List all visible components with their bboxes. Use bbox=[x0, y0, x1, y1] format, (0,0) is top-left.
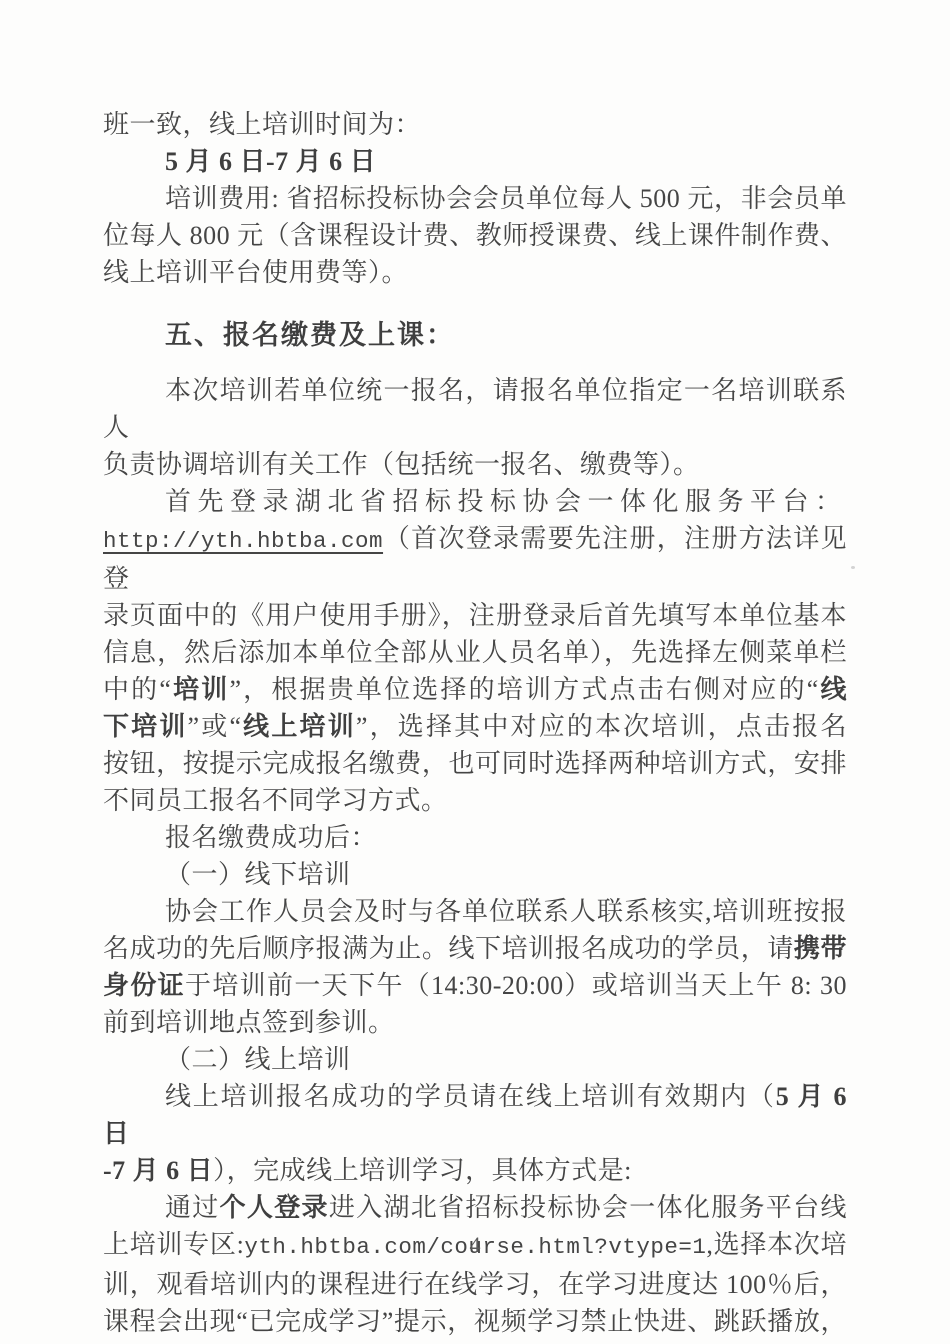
text-run: 训，观看培训内的课程进行在线学习，在学习进度达 100％后， bbox=[103, 1270, 847, 1299]
text-run: 通过 bbox=[165, 1193, 220, 1222]
section-heading: 五、报名缴费及上课： bbox=[103, 317, 847, 354]
text-line: 协会工作人员会及时与各单位联系人联系核实,培训班按报 bbox=[103, 893, 847, 930]
text-line: 前到培训地点签到参训。 bbox=[103, 1004, 847, 1041]
text-run: 首先登录湖北省招标投标协会一体化服务平台： bbox=[165, 487, 847, 516]
document-body: 班一致，线上培训时间为：5 月 6 日-7 月 6 日培训费用: 省招标投标协会… bbox=[103, 106, 847, 1340]
text-line: 位每人 800 元（含课程设计费、教师授课费、线上课件制作费、 bbox=[103, 217, 847, 254]
text-line: 名成功的先后顺序报满为止。线下培训报名成功的学员，请携带 bbox=[103, 930, 847, 967]
text-run: （一）线下培训 bbox=[165, 860, 351, 889]
text-line: 录页面中的《用户使用手册》，注册登录后首先填写本单位基本 bbox=[103, 597, 847, 634]
text-run: （二）线上培训 bbox=[165, 1045, 351, 1074]
text-line: 线上培训报名成功的学员请在线上培训有效期内（5 月 6 日 bbox=[103, 1078, 847, 1152]
bold-text: 身份证 bbox=[103, 971, 185, 1000]
text-line: 首先登录湖北省招标投标协会一体化服务平台： bbox=[103, 483, 847, 520]
bold-text: -7 月 6 日 bbox=[103, 1156, 213, 1185]
text-run: 按钮，按提示完成报名缴费，也可同时选择两种培训方式，安排 bbox=[103, 749, 847, 778]
bold-text: 培训 bbox=[171, 675, 229, 704]
text-line: 训，观看培训内的课程进行在线学习，在学习进度达 100％后， bbox=[103, 1266, 847, 1303]
text-run: 线上培训平台使用费等）。 bbox=[103, 258, 408, 287]
bold-text: 个人登录 bbox=[220, 1193, 329, 1222]
text-run: 进入湖北省招标投标协会一体化服务平台线 bbox=[329, 1193, 847, 1222]
text-line: 培训费用: 省招标投标协会会员单位每人 500 元，非会员单 bbox=[103, 180, 847, 217]
text-line: （一）线下培训 bbox=[103, 856, 847, 893]
text-run: 班一致，线上培训时间为： bbox=[103, 110, 421, 139]
text-line: 报名缴费成功后： bbox=[103, 819, 847, 856]
text-run: 协会工作人员会及时与各单位联系人联系核实,培训班按报 bbox=[165, 897, 847, 926]
text-line: 课程会出现“已完成学习”提示，视频学习禁止快进、跳跃播放， bbox=[103, 1303, 847, 1340]
text-run: ），完成线上培训学习，具体方式是: bbox=[213, 1156, 632, 1185]
text-line: 中的“培训”，根据贵单位选择的培训方式点击右侧对应的“线 bbox=[103, 671, 847, 708]
text-run: 信息，然后添加本单位全部从业人员名单），先选择左侧菜单栏 bbox=[103, 638, 847, 667]
text-run: 中的“ bbox=[103, 675, 171, 704]
text-run: 名成功的先后顺序报满为止。线下培训报名成功的学员，请 bbox=[103, 934, 794, 963]
text-line: 本次培训若单位统一报名，请报名单位指定一名培训联系人 bbox=[103, 372, 847, 446]
text-line: http://yth.hbtba.com（首次登录需要先注册，注册方法详见登 bbox=[103, 520, 847, 597]
text-line: 负责协调培训有关工作（包括统一报名、缴费等）。 bbox=[103, 446, 847, 483]
text-line: （二）线上培训 bbox=[103, 1041, 847, 1078]
text-line: 不同员工报名不同学习方式。 bbox=[103, 782, 847, 819]
text-line: 班一致，线上培训时间为： bbox=[103, 106, 847, 143]
text-line: 信息，然后添加本单位全部从业人员名单），先选择左侧菜单栏 bbox=[103, 634, 847, 671]
text-line: 按钮，按提示完成报名缴费，也可同时选择两种培训方式，安排 bbox=[103, 745, 847, 782]
text-run: ”，根据贵单位选择的培训方式点击右侧对应的“ bbox=[229, 675, 818, 704]
text-line: 身份证于培训前一天下午（14:30-20:00）或培训当天上午 8: 30 bbox=[103, 967, 847, 1004]
url-text: http://yth.hbtba.com bbox=[103, 528, 383, 554]
text-run: 课程会出现“已完成学习”提示，视频学习禁止快进、跳跃播放， bbox=[103, 1307, 847, 1336]
bold-text: 五、报名缴费及上课： bbox=[165, 320, 455, 350]
bold-text: 携带 bbox=[794, 934, 847, 963]
text-run: ”或“ bbox=[188, 712, 242, 741]
text-run: ”，选择其中对应的本次培训，点击报名 bbox=[356, 712, 847, 741]
text-line: 下培训”或“线上培训”，选择其中对应的本次培训，点击报名 bbox=[103, 708, 847, 745]
bold-text: 5 月 6 日-7 月 6 日 bbox=[165, 147, 376, 176]
text-run: 位每人 800 元（含课程设计费、教师授课费、线上课件制作费、 bbox=[103, 221, 847, 250]
text-line: -7 月 6 日），完成线上培训学习，具体方式是: bbox=[103, 1152, 847, 1189]
bold-text: 下培训 bbox=[103, 712, 188, 741]
text-run: 线上培训报名成功的学员请在线上培训有效期内（ bbox=[165, 1082, 776, 1111]
page-number: 4 bbox=[0, 1232, 950, 1258]
text-run: 本次培训若单位统一报名，请报名单位指定一名培训联系人 bbox=[103, 376, 847, 442]
text-line: 5 月 6 日-7 月 6 日 bbox=[103, 143, 847, 180]
text-run: 前到培训地点签到参训。 bbox=[103, 1008, 395, 1037]
text-line: 通过个人登录进入湖北省招标投标协会一体化服务平台线 bbox=[103, 1189, 847, 1226]
text-run: 于培训前一天下午（14:30-20:00）或培训当天上午 8: 30 bbox=[185, 971, 847, 1000]
bold-text: 线 bbox=[819, 675, 847, 704]
text-run: 培训费用: 省招标投标协会会员单位每人 500 元，非会员单 bbox=[165, 184, 847, 213]
text-run: 不同员工报名不同学习方式。 bbox=[103, 786, 448, 815]
text-line: 线上培训平台使用费等）。 bbox=[103, 254, 847, 291]
text-run: 负责协调培训有关工作（包括统一报名、缴费等）。 bbox=[103, 450, 700, 479]
bold-text: 线上培训 bbox=[242, 712, 356, 741]
text-run: 报名缴费成功后： bbox=[165, 823, 377, 852]
scan-artifact bbox=[851, 566, 855, 569]
text-run: 录页面中的《用户使用手册》，注册登录后首先填写本单位基本 bbox=[103, 601, 847, 630]
document-page: 班一致，线上培训时间为：5 月 6 日-7 月 6 日培训费用: 省招标投标协会… bbox=[0, 0, 950, 1344]
